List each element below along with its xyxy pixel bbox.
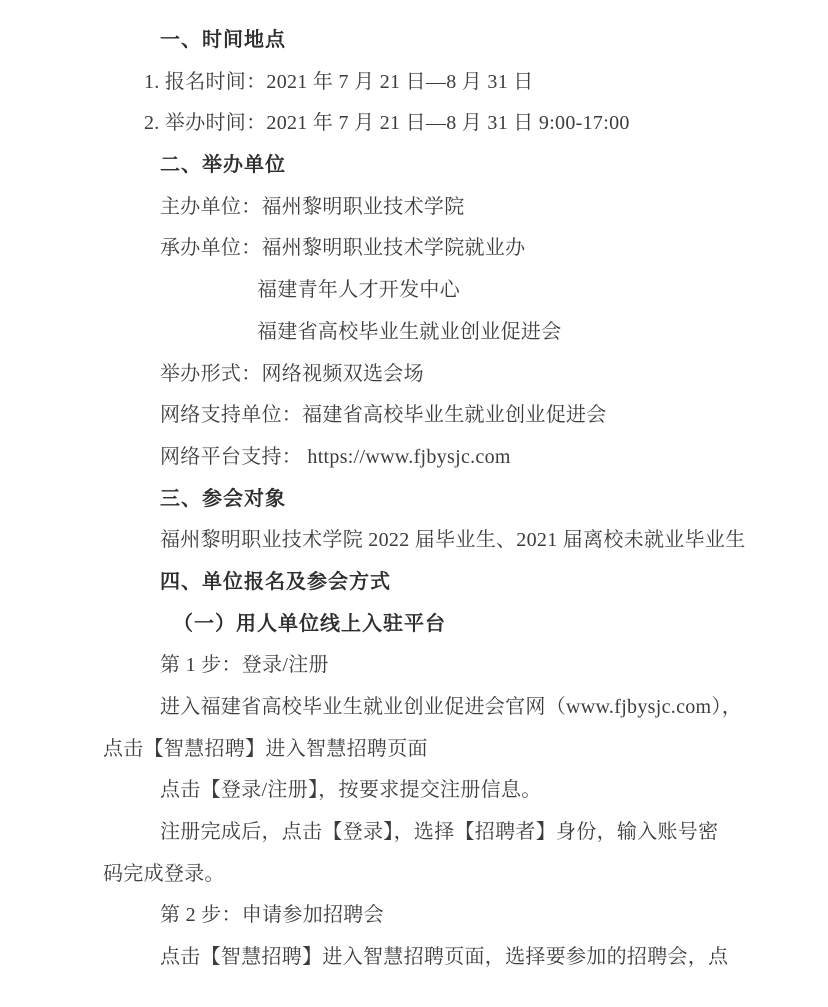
document-heading: 二、举办单位 — [103, 145, 758, 187]
document-line: 点击【智慧招聘】进入智慧招聘页面，选择要参加的招聘会，点 — [103, 937, 758, 979]
document-line: 主办单位：福州黎明职业技术学院 — [103, 187, 758, 229]
document-heading: 三、参会对象 — [103, 479, 758, 521]
document-line: 网络平台支持： https://www.fjbysjc.com — [103, 437, 758, 479]
document-line: 承办单位：福州黎明职业技术学院就业办 — [103, 228, 758, 270]
document-page: 一、时间地点1. 报名时间：2021 年 7 月 21 日—8 月 31 日2.… — [0, 0, 828, 1007]
document-heading: 一、时间地点 — [103, 20, 758, 62]
document-line: 第 2 步：申请参加招聘会 — [103, 895, 758, 937]
document-line: 注册完成后，点击【登录】，选择【招聘者】身份，输入账号密 — [103, 812, 758, 854]
document-heading: （一）用人单位线上入驻平台 — [103, 604, 758, 646]
document-line: 福州黎明职业技术学院 2022 届毕业生、2021 届离校未就业毕业生 — [103, 520, 758, 562]
document-line: 福建省高校毕业生就业创业促进会 — [103, 312, 758, 354]
document-line: 网络支持单位：福建省高校毕业生就业创业促进会 — [103, 395, 758, 437]
document-line: 举办形式：网络视频双选会场 — [103, 354, 758, 396]
document-line: 2. 举办时间：2021 年 7 月 21 日—8 月 31 日 9:00-17… — [103, 103, 758, 145]
document-line: 第 1 步：登录/注册 — [103, 645, 758, 687]
document-line: 福建青年人才开发中心 — [103, 270, 758, 312]
document-body: 一、时间地点1. 报名时间：2021 年 7 月 21 日—8 月 31 日2.… — [0, 0, 828, 979]
document-line: 1. 报名时间：2021 年 7 月 21 日—8 月 31 日 — [103, 62, 758, 104]
document-heading: 四、单位报名及参会方式 — [103, 562, 758, 604]
document-line: 点击【登录/注册】，按要求提交注册信息。 — [103, 770, 758, 812]
document-line: 码完成登录。 — [103, 854, 758, 896]
document-line: 点击【智慧招聘】进入智慧招聘页面 — [103, 729, 758, 771]
document-line: 进入福建省高校毕业生就业创业促进会官网（www.fjbysjc.com）， — [103, 687, 758, 729]
